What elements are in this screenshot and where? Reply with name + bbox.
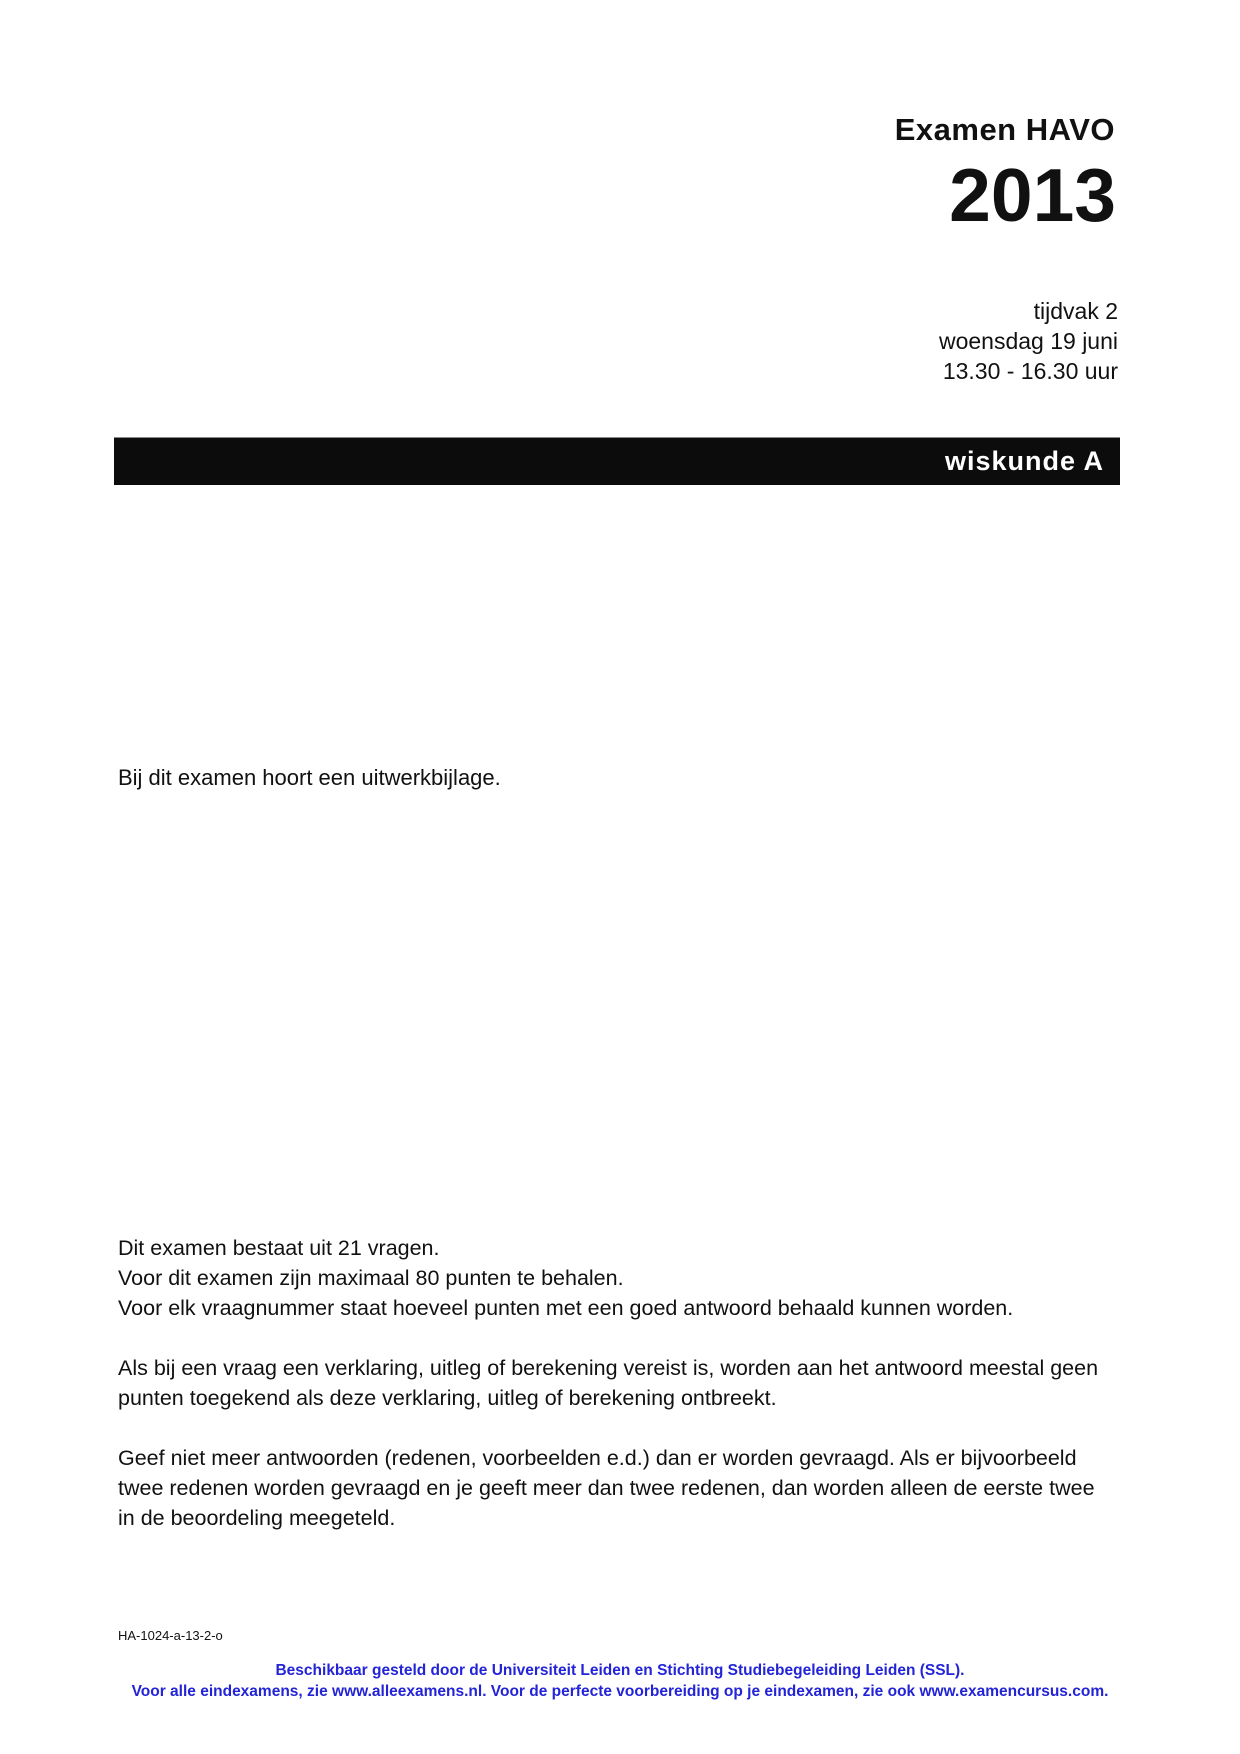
footer-line-2: Voor alle eindexamens, zie www.alleexame… xyxy=(0,1681,1240,1702)
instructions-paragraph-1: Dit examen bestaat uit 21 vragen. Voor d… xyxy=(118,1233,1108,1323)
instructions-paragraph-2: Als bij een vraag een verklaring, uitleg… xyxy=(118,1353,1108,1413)
instruction-line: Voor elk vraagnummer staat hoeveel punte… xyxy=(118,1296,1013,1320)
exam-date: woensdag 19 juni xyxy=(939,326,1118,356)
exam-session: tijdvak 2 xyxy=(939,296,1118,326)
footer: Beschikbaar gesteld door de Universiteit… xyxy=(0,1660,1240,1702)
appendix-note: Bij dit examen hoort een uitwerkbijlage. xyxy=(118,765,501,791)
exam-meta: tijdvak 2 woensdag 19 juni 13.30 - 16.30… xyxy=(939,296,1118,386)
instruction-line: Dit examen bestaat uit 21 vragen. xyxy=(118,1236,440,1260)
footer-line-1: Beschikbaar gesteld door de Universiteit… xyxy=(0,1660,1240,1681)
exam-title: Examen HAVO xyxy=(895,112,1115,148)
subject-label: wiskunde A xyxy=(945,446,1104,477)
exam-time: 13.30 - 16.30 uur xyxy=(939,356,1118,386)
instructions-paragraph-3: Geef niet meer antwoorden (redenen, voor… xyxy=(118,1443,1108,1533)
document-code: HA-1024-a-13-2-o xyxy=(118,1628,223,1643)
subject-bar: wiskunde A xyxy=(114,437,1120,485)
instructions: Dit examen bestaat uit 21 vragen. Voor d… xyxy=(118,1233,1108,1563)
exam-year: 2013 xyxy=(949,158,1116,233)
instruction-line: Voor dit examen zijn maximaal 80 punten … xyxy=(118,1266,624,1290)
